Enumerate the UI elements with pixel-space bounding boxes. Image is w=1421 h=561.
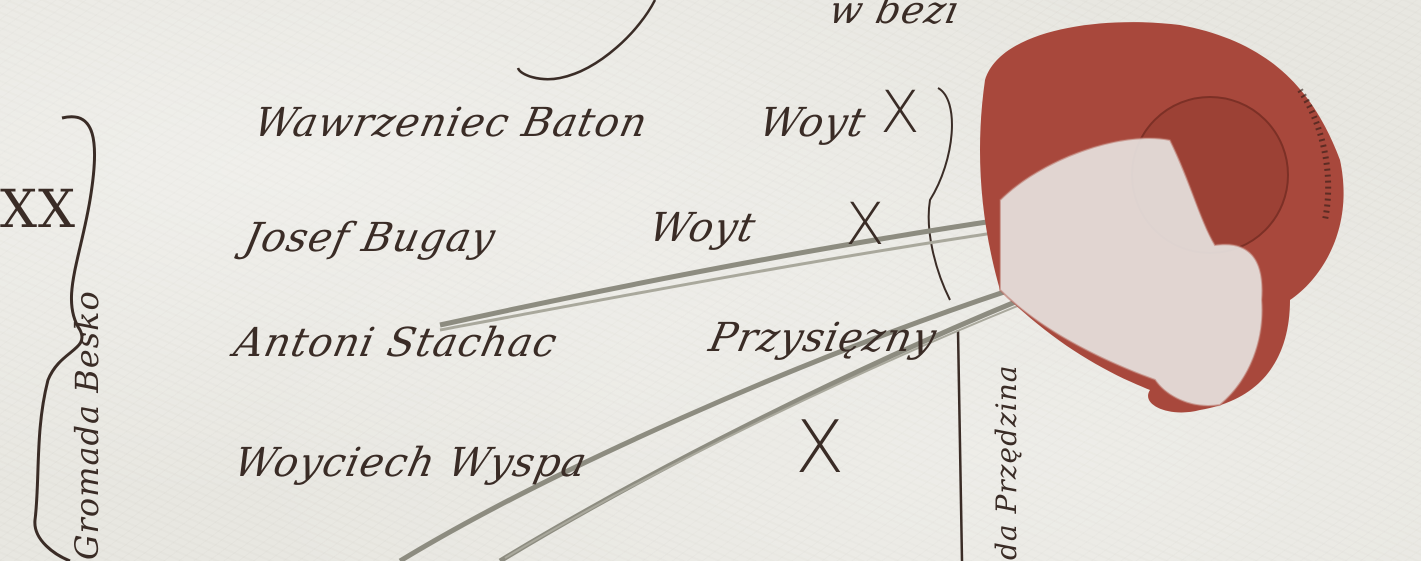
signature-cross-mark: X <box>795 405 844 489</box>
ink-flourishes <box>0 0 1421 561</box>
signatory-title: Woyt <box>755 100 870 146</box>
signatory-name: Woyciech Wyspa <box>230 440 591 486</box>
signatory-name: Josef Bugay <box>240 215 500 261</box>
signatory-name: Antoni Stachac <box>230 320 562 366</box>
left-margin-marks: XX <box>0 180 76 240</box>
left-margin-vertical-text: Gromada Besko <box>68 290 106 560</box>
signatory-title: Woyt <box>645 205 760 251</box>
right-margin-vertical-text: da Przędzina <box>990 365 1023 560</box>
signatory-name: Wawrzeniec Baton <box>250 100 652 146</box>
signature-cross-mark: X <box>845 190 885 258</box>
signature-cross-mark: X <box>880 78 920 146</box>
signatory-title: Przysięzny <box>705 315 941 361</box>
